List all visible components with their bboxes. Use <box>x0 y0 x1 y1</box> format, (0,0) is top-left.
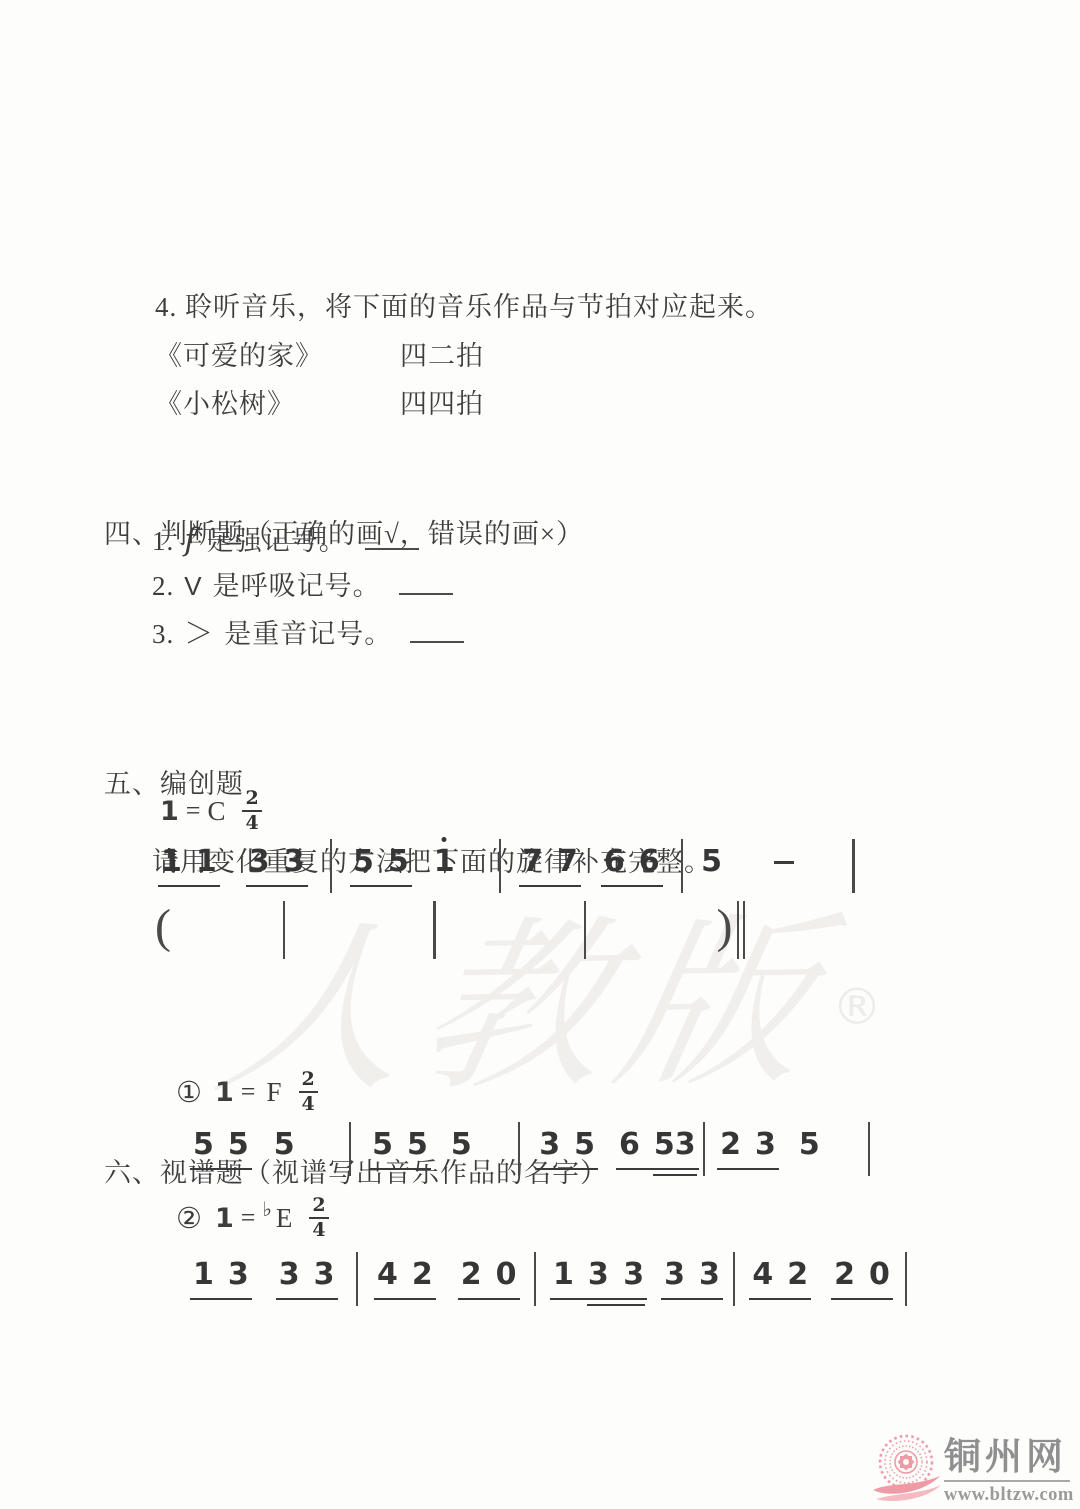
answer-blank <box>365 542 419 550</box>
beamed-note-group: 55 <box>369 1128 431 1170</box>
bar-line <box>681 839 684 893</box>
parenthesis: ) <box>716 899 732 955</box>
forte-symbol: f <box>184 521 196 560</box>
meter-numerator: 2 <box>242 789 261 810</box>
bar-line <box>534 1252 537 1306</box>
note-digit: 0 <box>496 1258 517 1292</box>
item-number: 2. <box>152 570 174 604</box>
question4-prompt: 4. 聆听音乐，将下面的音乐作品与节拍对应起来。 <box>155 291 1080 325</box>
flat-symbol: ♭ <box>262 1197 271 1222</box>
note-digit: 5 <box>574 1128 595 1162</box>
note-digit: 2 <box>834 1258 855 1292</box>
tonic-numeral: 1 <box>215 1077 234 1108</box>
item-number: 3. <box>152 618 174 652</box>
match-pair-row: 《可爱的家》 四二拍 <box>155 340 755 374</box>
bar-line <box>330 839 333 893</box>
bar-line <box>703 1122 706 1176</box>
note-digit: 4 <box>377 1258 398 1292</box>
note-digit: 3 <box>228 1258 249 1292</box>
note-digit: 6 <box>619 1128 640 1162</box>
time-signature: 2 4 <box>309 1196 328 1240</box>
melody-section5: 113355177665 <box>158 845 855 893</box>
beamed-note-group: 13 3 <box>550 1258 647 1300</box>
note-digit: 5 <box>699 845 724 879</box>
breath-mark-symbol: V <box>184 570 202 603</box>
note-digit: 5 <box>797 1128 822 1162</box>
note-digit: 3 <box>699 1258 720 1292</box>
beamed-note-group: 42 <box>749 1258 811 1300</box>
note-digit: 6 <box>639 845 660 879</box>
bar-line <box>356 1252 359 1306</box>
note-digit: 4 <box>752 1258 773 1292</box>
note-digit: 5 <box>372 1128 393 1162</box>
melody-section6-item2: 1333422013 3334220 <box>190 1258 907 1306</box>
time-signature: 2 4 <box>299 1070 318 1114</box>
note-digit: 5 <box>193 1128 214 1162</box>
note-digit: 6 <box>604 845 625 879</box>
beamed-note-group: 11 <box>158 845 220 887</box>
equals-sign: = <box>241 1077 256 1107</box>
item-number: 1. <box>152 525 174 559</box>
note-digit: 5 <box>353 845 374 879</box>
bar-line <box>584 901 587 959</box>
beamed-note-group: 33 <box>661 1258 723 1300</box>
note-digit: 3 <box>664 1258 685 1292</box>
half-note-dash <box>774 861 794 864</box>
registered-trademark-icon: ® <box>832 978 882 1036</box>
tonic-numeral: 1 <box>160 796 179 827</box>
note-digit: 2 <box>412 1258 433 1292</box>
item-text: 是重音记号。 <box>224 618 392 652</box>
note-digit: 1 <box>196 845 217 879</box>
bar-line <box>283 901 286 959</box>
key-letter: F <box>266 1077 281 1108</box>
beat-label: 四二拍 <box>400 340 484 374</box>
bar-line <box>733 1252 736 1306</box>
equals-sign: = <box>186 796 201 826</box>
work-title: 《小松树》 <box>155 389 295 419</box>
answer-blank <box>399 587 453 595</box>
note-digit: 0 <box>869 1258 890 1292</box>
key-letter: E <box>276 1203 293 1234</box>
bar-line <box>852 839 855 893</box>
note-digit: 5 <box>407 1128 428 1162</box>
seal-emblem-icon <box>872 1433 942 1505</box>
beamed-note-group: 55 <box>190 1128 252 1170</box>
beamed-note-group: 20 <box>831 1258 893 1300</box>
circled-number: ② <box>176 1201 202 1236</box>
final-double-bar-line <box>737 901 745 959</box>
beamed-note-group: 42 <box>374 1258 436 1300</box>
note-digit: 7 <box>522 845 543 879</box>
note-digit: 5 <box>449 1128 474 1162</box>
meter-denominator: 4 <box>242 810 261 833</box>
meter-denominator: 4 <box>309 1217 328 1240</box>
parenthesis: ( <box>155 899 171 955</box>
tonic-numeral: 1 <box>215 1203 234 1234</box>
key-letter: C <box>207 796 225 827</box>
key-signature-2: ② 1 = ♭ E 2 4 <box>176 1196 329 1240</box>
bar-line <box>349 1122 352 1176</box>
beamed-note-group: 13 <box>190 1258 252 1300</box>
bar-line <box>518 1122 521 1176</box>
beamed-note-group: 77 <box>519 845 581 887</box>
note-digit: 1 <box>161 845 182 879</box>
bar-line <box>499 839 502 893</box>
bar-line <box>868 1122 871 1176</box>
note-digit: 53 <box>654 1128 696 1162</box>
note-digit: 1 <box>193 1258 214 1292</box>
note-digit: 1 <box>432 845 457 879</box>
note-digit: 2 <box>461 1258 482 1292</box>
match-pair-row: 《小松树》 四四拍 <box>155 388 755 422</box>
site-logo: 铜州网 www.bltzw.com <box>872 1433 1072 1505</box>
meter-numerator: 2 <box>309 1196 328 1217</box>
note-digit: 2 <box>720 1128 741 1162</box>
judge-item: 3. ＞ 是重音记号。 <box>152 616 464 652</box>
key-signature-1: ① 1 = F 2 4 <box>176 1070 318 1114</box>
site-url: www.bltzw.com <box>944 1480 1070 1506</box>
beamed-note-group: 35 <box>536 1128 598 1170</box>
beamed-note-group: 33 <box>246 845 308 887</box>
meter-numerator: 2 <box>299 1070 318 1091</box>
meter-denominator: 4 <box>299 1091 318 1114</box>
answer-blank <box>410 635 464 643</box>
beamed-note-group: 20 <box>458 1258 520 1300</box>
note-digit: 5 <box>272 1128 297 1162</box>
item-text: 是强记号。 <box>207 525 347 559</box>
worksheet-page: 人教版 ® 4. 聆听音乐，将下面的音乐作品与节拍对应起来。 《可爱的家》 四二… <box>0 0 1080 1509</box>
site-name: 铜州网 <box>944 1437 1067 1478</box>
accent-symbol: ＞ <box>184 616 214 652</box>
key-signature: 1 = C 2 4 <box>160 789 262 833</box>
note-digit: 5 <box>228 1128 249 1162</box>
judge-item: 2. V 是呼吸记号。 <box>152 570 453 604</box>
bar-line <box>433 901 436 959</box>
item-text: 是呼吸记号。 <box>213 570 381 604</box>
work-title: 《可爱的家》 <box>155 341 323 371</box>
melody-section6-item1: 55555535653235 <box>190 1128 870 1176</box>
note-digit: 1 <box>553 1258 574 1292</box>
note-digit: 3 <box>249 845 270 879</box>
note-digit: 7 <box>557 845 578 879</box>
circled-number: ① <box>176 1075 202 1110</box>
note-digit: 3 <box>755 1128 776 1162</box>
note-digit: 3 <box>314 1258 335 1292</box>
note-digit: 5 <box>388 845 409 879</box>
beamed-note-group: 23 <box>717 1128 779 1170</box>
note-digit: 3 <box>284 845 305 879</box>
beamed-note-group: 33 <box>276 1258 338 1300</box>
note-digit: 3 <box>539 1128 560 1162</box>
melody-answer-row: () <box>155 905 745 959</box>
beamed-note-group: 55 <box>350 845 412 887</box>
time-signature: 2 4 <box>242 789 261 833</box>
note-digit: 2 <box>787 1258 808 1292</box>
equals-sign: = <box>241 1203 256 1233</box>
beat-label: 四四拍 <box>400 388 484 422</box>
note-digit: 3 <box>279 1258 300 1292</box>
bar-line <box>905 1252 908 1306</box>
beamed-note-group: 66 <box>601 845 663 887</box>
judge-item: 1. f 是强记号。 <box>152 521 419 560</box>
beamed-note-group: 653 <box>616 1128 699 1170</box>
note-digit: 3 3 <box>588 1258 644 1292</box>
